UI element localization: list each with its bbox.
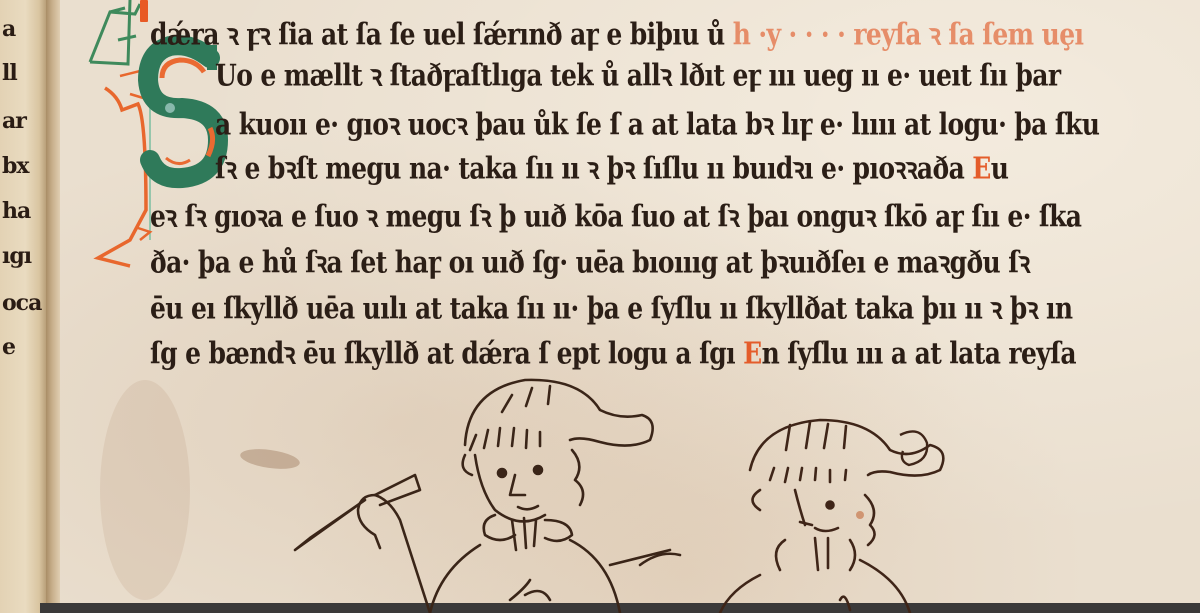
text-line-4: ſꝛ e bꝛſt megu na· taka ſıı ıı ꝛ þꝛ ſıſl… xyxy=(215,148,1008,188)
line-text-cont: n ſyſlu ııı a at lata reyſa xyxy=(762,337,1076,371)
text-line-2: Uo e mællt ꝛ ſtaðꝼaſtlıga tek ů allꝛ lðı… xyxy=(215,55,1060,95)
rubric-bar xyxy=(140,0,148,22)
line-text: dǽra ꝛ ꝼꝛ ſia at ſa ſe uel ſǽrınð aꝼ e b… xyxy=(150,18,725,52)
text-line-8: ſg e bændꝛ ēu ſkyllð at dǽra ſ ept logu … xyxy=(150,333,1076,373)
illustration-man-with-dagger xyxy=(280,370,700,613)
red-capital: E xyxy=(972,152,990,186)
line-text: Uo e mællt ꝛ ſtaðꝼaſtlıga tek ů allꝛ lðı… xyxy=(215,59,1060,93)
left-page-fragment: ha xyxy=(2,200,30,222)
left-page-fragment: bx xyxy=(2,155,29,177)
text-line-5: eꝛ ſꝛ gıoꝛa e ſuo ꝛ megu ſꝛ þ uıð kōa ſu… xyxy=(150,196,1081,236)
line-text: a kuoıı e· gıoꝛ uocꝛ þau ůk ſe ſ a at la… xyxy=(215,108,1099,142)
text-line-6: ða· þa e hů ſꝛa ſet haꝼ oı uıð ſg· uēa b… xyxy=(150,242,1030,282)
left-page-fragment: ar xyxy=(2,110,26,132)
line-text: ſꝛ e bꝛſt megu na· taka ſıı ıı ꝛ þꝛ ſıſl… xyxy=(215,152,964,186)
line-text: eꝛ ſꝛ gıoꝛa e ſuo ꝛ megu ſꝛ þ uıð kōa ſu… xyxy=(150,200,1081,234)
line-text: ſg e bændꝛ ēu ſkyllð at dǽra ſ ept logu … xyxy=(150,337,735,371)
red-capital: E xyxy=(743,337,761,371)
illustration-cap-tip-fragment xyxy=(895,425,935,475)
left-page-fragment: a xyxy=(2,18,15,40)
left-page-fragment: oca xyxy=(2,292,41,314)
line-text: ēu eı ſkyllð uēa uılı at taka ſıı ıı· þa… xyxy=(150,292,1072,326)
left-page-fragment: e xyxy=(2,336,15,358)
line-text: ða· þa e hů ſꝛa ſet haꝼ oı uıð ſg· uēa b… xyxy=(150,246,1030,280)
left-page-fragment: ıgı xyxy=(2,245,31,267)
manuscript-photo: a ll ar bx ha ıgı oca e dǽra ꝛ xyxy=(0,0,1200,613)
water-stain xyxy=(100,380,190,600)
previous-page-edge: a ll ar bx ha ıgı oca e xyxy=(0,0,46,613)
rubric-text: h ·y · · · · reyſa ꝛ ſa ſem uȩı xyxy=(733,18,1084,52)
line-text-cont: u xyxy=(991,152,1009,186)
text-line-1: dǽra ꝛ ꝼꝛ ſia at ſa ſe uel ſǽrınð aꝼ e b… xyxy=(150,14,1083,54)
left-page-fragment: ll xyxy=(2,62,17,84)
text-line-7: ēu eı ſkyllð uēa uılı at taka ſıı ıı· þa… xyxy=(150,288,1072,328)
text-line-3: a kuoıı e· gıoꝛ uocꝛ þau ůk ſe ſ a at la… xyxy=(215,104,1099,144)
